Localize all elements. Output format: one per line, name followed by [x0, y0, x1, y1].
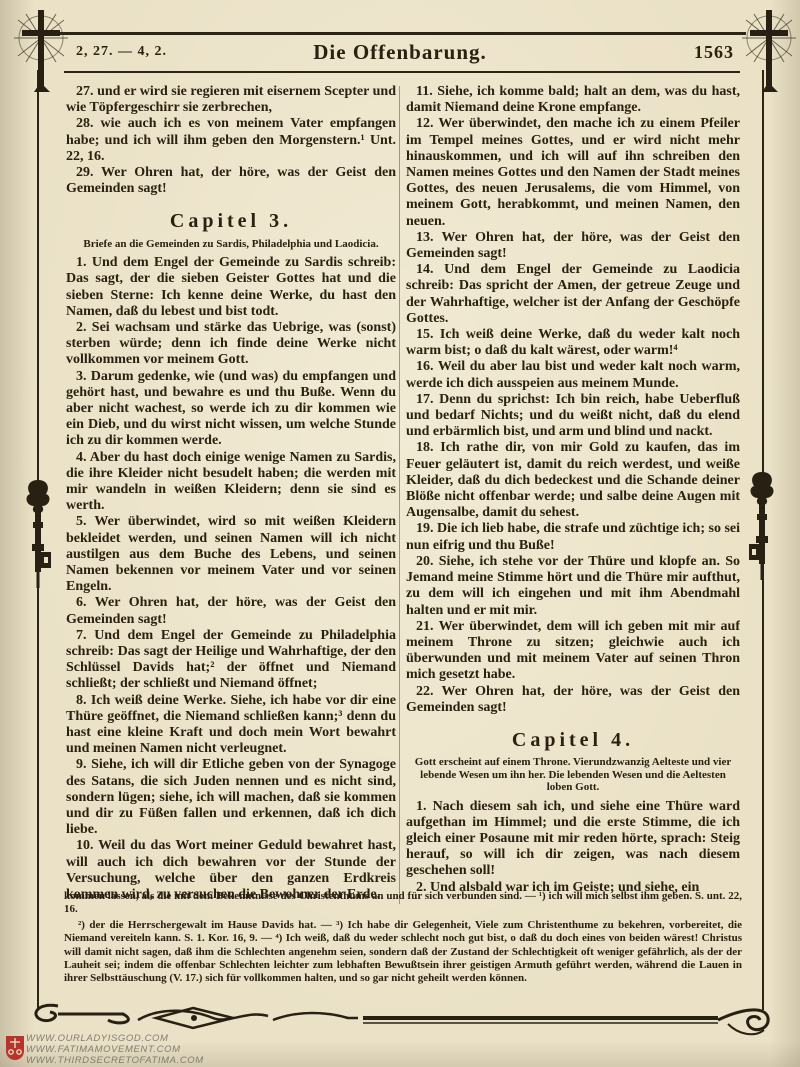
verse-paragraph: 7. Und dem Engel der Gemeinde zu Philade…: [66, 628, 396, 693]
watermark-urls: WWW.OURLADYISGOD.COMWWW.FATIMAMOVEMENT.C…: [26, 1033, 204, 1066]
verse-paragraph: 28. wie auch ich es von meinem Vater emp…: [66, 116, 396, 165]
verse-paragraph: 27. und er wird sie regieren mit eiserne…: [66, 84, 396, 116]
header-divider-rule: [64, 71, 740, 73]
key-ornament-icon: [24, 478, 52, 588]
verse-paragraph: 6. Wer Ohren hat, der höre, was der Geis…: [66, 595, 396, 627]
chapter-summary: Gott erscheint auf einem Throne. Vierund…: [406, 756, 740, 794]
watermark-url: WWW.THIRDSECRETOFATIMA.COM: [26, 1055, 204, 1066]
chapter-summary: Briefe an die Gemeinden zu Sardis, Phila…: [66, 238, 396, 251]
verse-paragraph: 1. Nach diesem sah ich, und siehe eine T…: [406, 799, 740, 880]
verse-paragraph: 20. Siehe, ich stehe vor der Thüre und k…: [406, 554, 740, 619]
verse-paragraph: 1. Und dem Engel der Gemeinde zu Sardis …: [66, 255, 396, 320]
verse-paragraph: 22. Wer Ohren hat, der höre, was der Gei…: [406, 684, 740, 716]
verse-paragraph: 5. Wer überwindet, wird so mit weißen Kl…: [66, 514, 396, 595]
watermark-url: WWW.OURLADYISGOD.COM: [26, 1033, 204, 1044]
verse-paragraph: 13. Wer Ohren hat, der höre, was der Gei…: [406, 230, 740, 262]
key-ornament-icon: [748, 470, 776, 580]
book-title: Die Offenbarung.: [0, 40, 800, 65]
verse-paragraph: 8. Ich weiß deine Werke. Siehe, ich habe…: [66, 693, 396, 758]
verse-paragraph: 9. Siehe, ich will dir Etliche geben von…: [66, 757, 396, 838]
footnote-paragraph: kommen lassen, als die mit dem Bekenntni…: [64, 890, 742, 917]
scanned-bible-page: 2, 27. — 4, 2. Die Offenbarung. 1563 27.…: [0, 0, 800, 1067]
chapter-heading: Capitel 3.: [66, 213, 396, 229]
chapter-heading: Capitel 4.: [406, 732, 740, 748]
verse-paragraph: 14. Und dem Engel der Gemeinde zu Laodic…: [406, 262, 740, 327]
footnotes-section: kommen lassen, als die mit dem Bekenntni…: [64, 890, 742, 988]
verse-paragraph: 21. Wer überwindet, dem will ich geben m…: [406, 619, 740, 684]
column-divider-rule: [399, 86, 400, 904]
watermark-url: WWW.FATIMAMOVEMENT.COM: [26, 1044, 204, 1055]
verse-paragraph: 15. Ich weiß deine Werke, daß du weder k…: [406, 327, 740, 359]
text-column-right: 11. Siehe, ich komme bald; halt an dem, …: [406, 84, 740, 908]
verse-paragraph: 12. Wer überwindet, den mache ich zu ein…: [406, 116, 740, 229]
text-column-left: 27. und er wird sie regieren mit eiserne…: [66, 84, 396, 908]
verse-paragraph: 18. Ich rathe dir, von mir Gold zu kaufe…: [406, 440, 740, 521]
verse-paragraph: 16. Weil du aber lau bist und weder kalt…: [406, 359, 740, 391]
verse-paragraph: 19. Die ich lieb habe, die strafe und zü…: [406, 521, 740, 553]
verse-paragraph: 2. Sei wachsam und stärke das Uebrige, w…: [66, 320, 396, 369]
verse-paragraph: 4. Aber du hast doch einige wenige Namen…: [66, 450, 396, 515]
fatima-shield-icon: [5, 1035, 25, 1061]
verse-paragraph: 11. Siehe, ich komme bald; halt an dem, …: [406, 84, 740, 116]
verse-paragraph: 3. Darum gedenke, wie (und was) du empfa…: [66, 369, 396, 450]
top-border-rule: [56, 32, 746, 35]
verse-paragraph: 29. Wer Ohren hat, der höre, was der Gei…: [66, 165, 396, 197]
verse-paragraph: 17. Denn du sprichst: Ich bin reich, hab…: [406, 392, 740, 441]
footnote-paragraph: ²) der die Herrschergewalt im Hause Davi…: [64, 919, 742, 986]
page-number: 1563: [694, 42, 734, 63]
